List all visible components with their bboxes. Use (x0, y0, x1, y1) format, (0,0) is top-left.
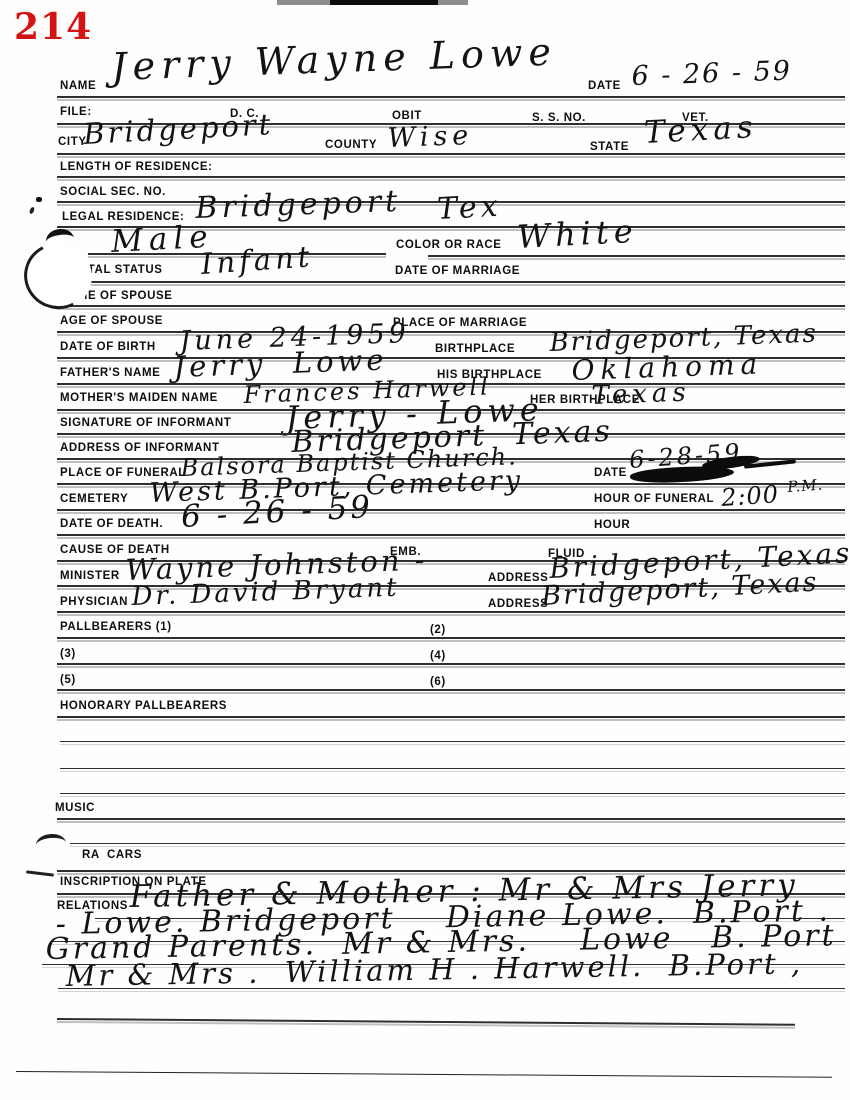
scan-speck (29, 207, 35, 215)
county-label: COUNTY (325, 139, 377, 152)
pallbearers-5-label: (5) (60, 674, 76, 687)
legal-residence-value2: Tex (436, 192, 502, 225)
form-line (57, 663, 845, 665)
marital-status-value: Infant (200, 242, 314, 279)
form-line (60, 741, 845, 742)
date-of-marriage-label: DATE OF MARRIAGE (395, 265, 520, 278)
honorary-pallbearers-label: HONORARY PALLBEARERS (60, 700, 227, 713)
minister-address-label: ADDRESS (488, 572, 548, 585)
city-label: CITY (58, 136, 87, 149)
minister-label: MINISTER (60, 570, 120, 583)
extra-cars-label: RA CARS (82, 849, 142, 862)
age-of-spouse-label: AGE OF SPOUSE (60, 315, 163, 328)
form-line (16, 1071, 832, 1078)
pallbearers-6-label: (6) (430, 676, 446, 689)
form-line (57, 176, 845, 178)
signature-of-informant-label: SIGNATURE OF INFORMANT (60, 417, 231, 430)
form-line (57, 281, 845, 283)
form-line (60, 768, 845, 769)
pallbearers-3-label: (3) (60, 648, 76, 661)
form-line (60, 793, 845, 794)
scanned-funeral-record: 214 NAME Jerry Wayne Lowe DATE 6 - 26 - … (0, 0, 850, 1100)
form-line (57, 818, 845, 820)
place-of-marriage-label: PLACE OF MARRIAGE (393, 317, 527, 330)
form-line (57, 716, 845, 718)
form-line (57, 153, 845, 155)
name-value: Jerry Wayne Lowe (111, 32, 558, 86)
physician-address-label: ADDRESS (488, 598, 548, 611)
hour-of-funeral-value: 2:00 (720, 482, 779, 510)
obit-label: OBIT (392, 110, 422, 123)
state-value: Texas (643, 112, 758, 149)
mothers-maiden-name-label: MOTHER'S MAIDEN NAME (60, 392, 218, 405)
color-or-race-label: COLOR OR RACE (396, 239, 502, 252)
form-line (57, 534, 845, 536)
social-sec-no-label: SOCIAL SEC. NO. (60, 186, 166, 199)
form-line (57, 637, 845, 639)
pallbearers-4-label: (4) (430, 650, 446, 663)
color-or-race-value: White (516, 215, 638, 253)
legal-residence-value: Bridgeport (195, 187, 402, 224)
length-of-residence-label: LENGTH OF RESIDENCE: (60, 161, 213, 174)
form-line (58, 988, 845, 989)
music-label: MUSIC (55, 802, 95, 815)
page-number: 214 (14, 6, 92, 48)
scan-dash-artifact (26, 870, 54, 876)
her-birthplace-value: Texas (591, 380, 691, 409)
form-line (70, 843, 845, 844)
birthplace-label: BIRTHPLACE (435, 343, 515, 356)
date-label: DATE (588, 80, 621, 93)
county-value: Wise (387, 122, 474, 152)
date-of-death-value: 6 - 26 - 59 (180, 492, 373, 533)
scan-arc-artifact (35, 833, 67, 856)
form-line (57, 689, 845, 691)
scan-edge-bar-dark (330, 0, 438, 5)
hour-label: HOUR (594, 519, 630, 532)
city-value: Bridgeport (82, 110, 274, 149)
form-line (57, 96, 845, 98)
hour-of-funeral-label: HOUR OF FUNERAL (594, 493, 714, 506)
date-value: 6 - 26 - 59 (631, 57, 792, 90)
address-of-informant-label: ADDRESS OF INFORMANT (60, 442, 220, 455)
pallbearers-1-label: PALLBEARERS (1) (60, 621, 172, 634)
date-of-birth-label: DATE OF BIRTH (60, 341, 156, 354)
form-line (57, 611, 845, 613)
cemetery-label: CEMETERY (60, 493, 128, 506)
pallbearers-2-label: (2) (430, 624, 446, 637)
form-line (57, 305, 845, 307)
funeral-date-label: DATE (594, 467, 627, 480)
hour-of-funeral-suffix: P.M. (787, 478, 824, 495)
fathers-name-label: FATHER'S NAME (60, 367, 160, 380)
state-label: STATE (590, 141, 629, 154)
scan-speck (36, 197, 42, 202)
form-line (57, 509, 845, 511)
date-of-death-label: DATE OF DEATH. (60, 518, 163, 531)
name-label: NAME (60, 80, 96, 93)
form-line (428, 255, 845, 257)
physician-value: Dr. David Bryant (131, 575, 400, 610)
physician-label: PHYSICIAN (60, 596, 128, 609)
form-line (57, 1018, 795, 1026)
